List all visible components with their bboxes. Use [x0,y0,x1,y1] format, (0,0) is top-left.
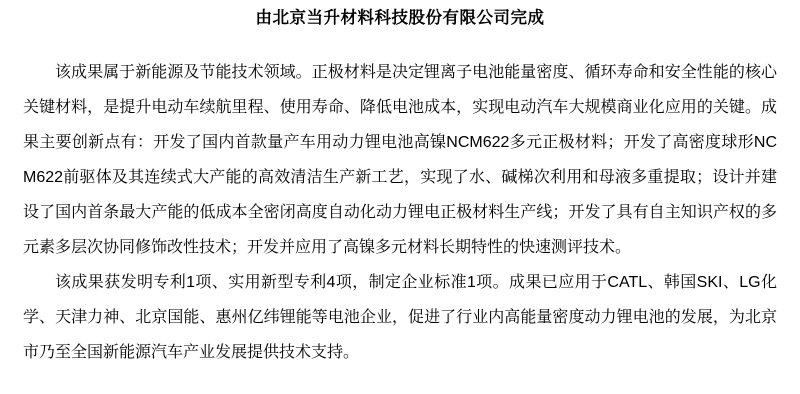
document-title: 由北京当升材料科技股份有限公司完成 [23,1,777,36]
paragraph-achievement-overview: 该成果属于新能源及节能技术领域。正极材料是决定锂离子电池能量密度、循环寿命和安全… [23,55,777,265]
document-page: 由北京当升材料科技股份有限公司完成 该成果属于新能源及节能技术领域。正极材料是决… [0,0,800,394]
paragraph-patents-applications: 该成果获发明专利1项、实用新型专利4项，制定企业标准1项。成果已应用于CATL、… [23,265,777,370]
